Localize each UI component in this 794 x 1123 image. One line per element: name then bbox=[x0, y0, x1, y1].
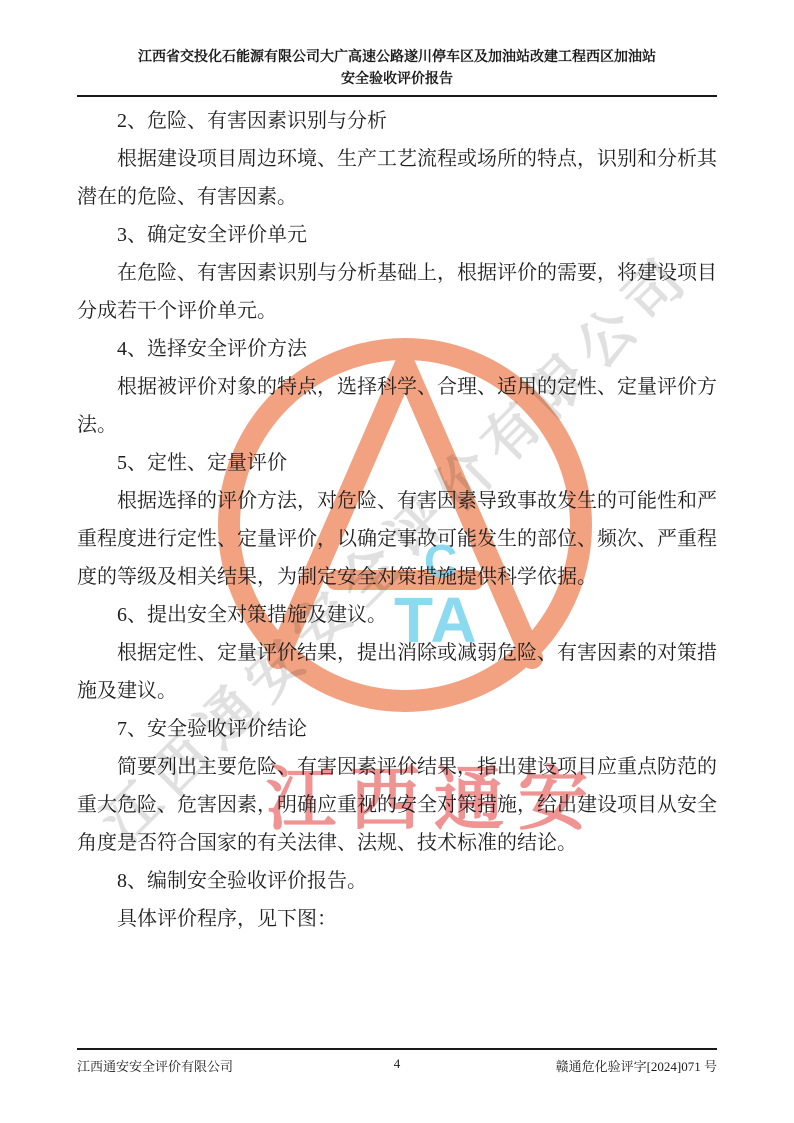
header-title-line1: 江西省交投化石能源有限公司大广高速公路遂川停车区及加油站改建工程西区加油站 bbox=[77, 47, 717, 69]
footer-page-number: 4 bbox=[77, 1056, 717, 1072]
section-heading: 6、提出安全对策措施及建议。 bbox=[77, 596, 717, 634]
page-header: 江西省交投化石能源有限公司大广高速公路遂川停车区及加油站改建工程西区加油站 安全… bbox=[77, 0, 717, 97]
section-heading: 4、选择安全评价方法 bbox=[77, 330, 717, 368]
body-paragraph: 根据定性、定量评价结果，提出消除或减弱危险、有害因素的对策措施及建议。 bbox=[77, 634, 717, 710]
page-footer: 江西通安安全评价有限公司 4 赣通危化验评字[2024]071 号 bbox=[77, 1048, 717, 1075]
body-paragraph: 在危险、有害因素识别与分析基础上，根据评价的需要，将建设项目分成若干个评价单元。 bbox=[77, 254, 717, 330]
section-heading: 7、安全验收评价结论 bbox=[77, 710, 717, 748]
header-title-line2: 安全验收评价报告 bbox=[77, 69, 717, 91]
body-paragraph: 根据选择的评价方法，对危险、有害因素导致事故发生的可能性和严重程度进行定性、定量… bbox=[77, 482, 717, 596]
section-heading: 3、确定安全评价单元 bbox=[77, 216, 717, 254]
section-heading: 8、编制安全验收评价报告。 bbox=[77, 862, 717, 900]
section-heading: 2、危险、有害因素识别与分析 bbox=[77, 102, 717, 140]
body-paragraph: 具体评价程序，见下图： bbox=[77, 900, 717, 938]
document-page: C TA 江西通安安全评价有限公司 江西通安 江西省交投化石能源有限公司大广高速… bbox=[0, 0, 794, 1123]
body-paragraph: 根据建设项目周边环境、生产工艺流程或场所的特点，识别和分析其潜在的危险、有害因素… bbox=[77, 140, 717, 216]
section-heading: 5、定性、定量评价 bbox=[77, 444, 717, 482]
body-paragraph: 简要列出主要危险、有害因素评价结果，指出建设项目应重点防范的重大危险、危害因素，… bbox=[77, 748, 717, 862]
document-content: 江西省交投化石能源有限公司大广高速公路遂川停车区及加油站改建工程西区加油站 安全… bbox=[77, 0, 717, 1123]
body-paragraph: 根据被评价对象的特点，选择科学、合理、适用的定性、定量评价方法。 bbox=[77, 368, 717, 444]
body-text: 2、危险、有害因素识别与分析 根据建设项目周边环境、生产工艺流程或场所的特点，识… bbox=[77, 97, 717, 938]
